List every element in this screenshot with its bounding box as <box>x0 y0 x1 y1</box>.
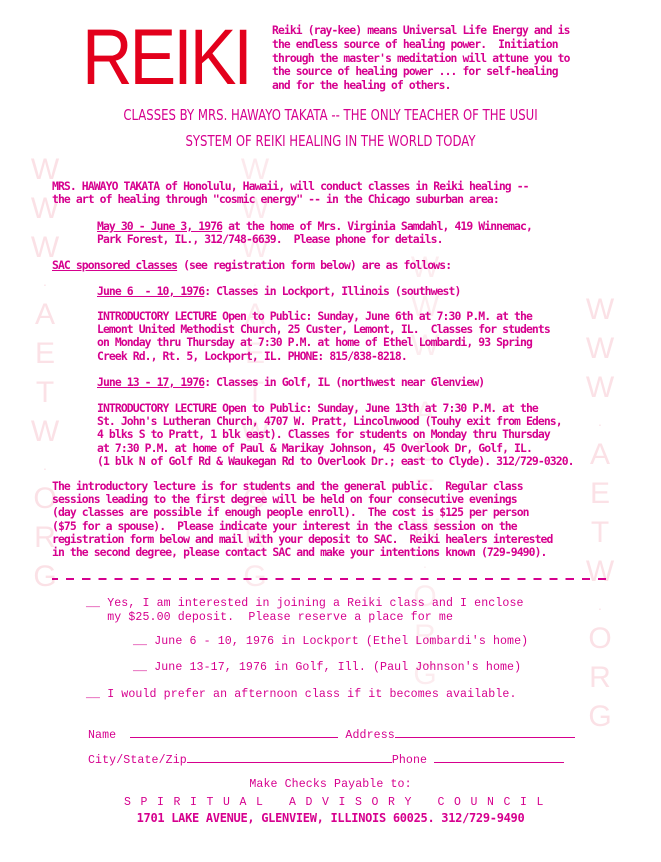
park-forest-location: at the home of Mrs. Virginia Samdahl, 41… <box>222 219 532 233</box>
reiki-definition: Reiki (ray-kee) means Universal Life Ene… <box>272 24 642 93</box>
option-golf-checkbox[interactable]: __ <box>133 661 147 674</box>
watermark-letter: W <box>585 552 615 591</box>
sac-rest: (see registration form below) are as fol… <box>177 258 451 272</box>
watermark-letter: W <box>585 368 615 407</box>
interest-checkbox[interactable]: __ <box>86 597 100 610</box>
info-paragraph: The introductory lecture is for students… <box>52 480 552 559</box>
city-field[interactable] <box>187 752 392 763</box>
city-phone-row: City/State/ZipPhone <box>88 752 564 768</box>
lockport-title: June 6 - 10, 1976: Classes in Lockport, … <box>97 285 460 298</box>
checks-payable: Make Checks Payable to: <box>0 778 661 792</box>
reiki-logo: REIKI <box>82 18 242 96</box>
headline-line-2: SYSTEM OF REIKI HEALING IN THE WORLD TOD… <box>73 132 589 150</box>
watermark-letter: G <box>240 557 270 596</box>
afternoon-row: __ I would prefer an afternoon class if … <box>86 688 517 702</box>
watermark-letter: T <box>30 373 60 412</box>
lockport-details: INTRODUCTORY LECTURE Open to Public: Sun… <box>97 310 550 363</box>
afternoon-label: I would prefer an afternoon class if it … <box>107 688 516 701</box>
org-address: 1701 LAKE AVENUE, GLENVIEW, ILLINOIS 600… <box>0 812 661 825</box>
option-golf-label: June 13-17, 1976 in Golf, Ill. (Paul Joh… <box>154 661 521 674</box>
watermark-letter: W <box>585 290 615 329</box>
park-forest-contact: Park Forest, IL., 312/748-6639. Please p… <box>97 232 443 246</box>
watermark-letter: A <box>30 295 60 334</box>
interest-text-2: my $25.00 deposit. Please reserve a plac… <box>107 611 453 624</box>
watermark-letter: A <box>585 435 615 474</box>
city-label: City/State/Zip <box>88 754 187 767</box>
watermark-letter: . <box>585 407 615 435</box>
watermark-letter: G <box>30 557 60 596</box>
golf-details: INTRODUCTORY LECTURE Open to Public: Sun… <box>97 402 574 468</box>
watermark-letter: W <box>585 329 615 368</box>
watermark-letter: . <box>585 591 615 619</box>
name-label: Name <box>88 729 116 742</box>
name-field[interactable] <box>130 727 338 738</box>
park-forest-date: May 30 - June 3, 1976 <box>97 219 222 233</box>
announcement: MRS. HAWAYO TAKATA of Honolulu, Hawaii, … <box>52 180 529 206</box>
golf-date: June 13 - 17, 1976 <box>97 375 204 389</box>
name-address-row: Name Address <box>88 727 575 743</box>
cut-line <box>52 578 608 580</box>
golf-title-rest: : Classes in Golf, IL (northwest near Gl… <box>204 375 484 389</box>
watermark-column-right: WWW.AETW.ORG <box>585 290 615 736</box>
golf-title: June 13 - 17, 1976: Classes in Golf, IL … <box>97 376 484 389</box>
sac-sponsored-heading: SAC sponsored classes (see registration … <box>52 259 451 272</box>
phone-field[interactable] <box>434 752 564 763</box>
lockport-date: June 6 - 10, 1976 <box>97 284 204 298</box>
watermark-letter: O <box>585 619 615 658</box>
watermark-letter: G <box>585 697 615 736</box>
park-forest-class: May 30 - June 3, 1976 at the home of Mrs… <box>97 220 532 246</box>
interest-text-1: Yes, I am interested in joining a Reiki … <box>107 597 523 610</box>
interest-checkbox-row: __ Yes, I am interested in joining a Rei… <box>86 597 524 624</box>
phone-label: Phone <box>392 754 427 767</box>
watermark-letter: E <box>30 334 60 373</box>
option-lockport-checkbox[interactable]: __ <box>133 635 147 648</box>
watermark-letter: W <box>30 412 60 451</box>
headline-line-1: CLASSES BY MRS. HAWAYO TAKATA -- THE ONL… <box>73 106 589 124</box>
option-golf-row: __ June 13-17, 1976 in Golf, Ill. (Paul … <box>133 661 521 675</box>
option-lockport-row: __ June 6 - 10, 1976 in Lockport (Ethel … <box>133 635 528 649</box>
org-name: SPIRITUAL ADVISORY COUNCIL <box>8 796 661 810</box>
watermark-letter: T <box>585 513 615 552</box>
address-field[interactable] <box>395 727 575 738</box>
address-label: Address <box>345 729 394 742</box>
sac-label: SAC sponsored classes <box>52 258 177 272</box>
watermark-letter: R <box>585 658 615 697</box>
option-lockport-label: June 6 - 10, 1976 in Lockport (Ethel Lom… <box>154 635 528 648</box>
watermark-letter: . <box>30 451 60 479</box>
afternoon-checkbox[interactable]: __ <box>86 688 100 701</box>
lockport-title-rest: : Classes in Lockport, Illinois (southwe… <box>204 284 460 298</box>
watermark-letter: E <box>585 474 615 513</box>
